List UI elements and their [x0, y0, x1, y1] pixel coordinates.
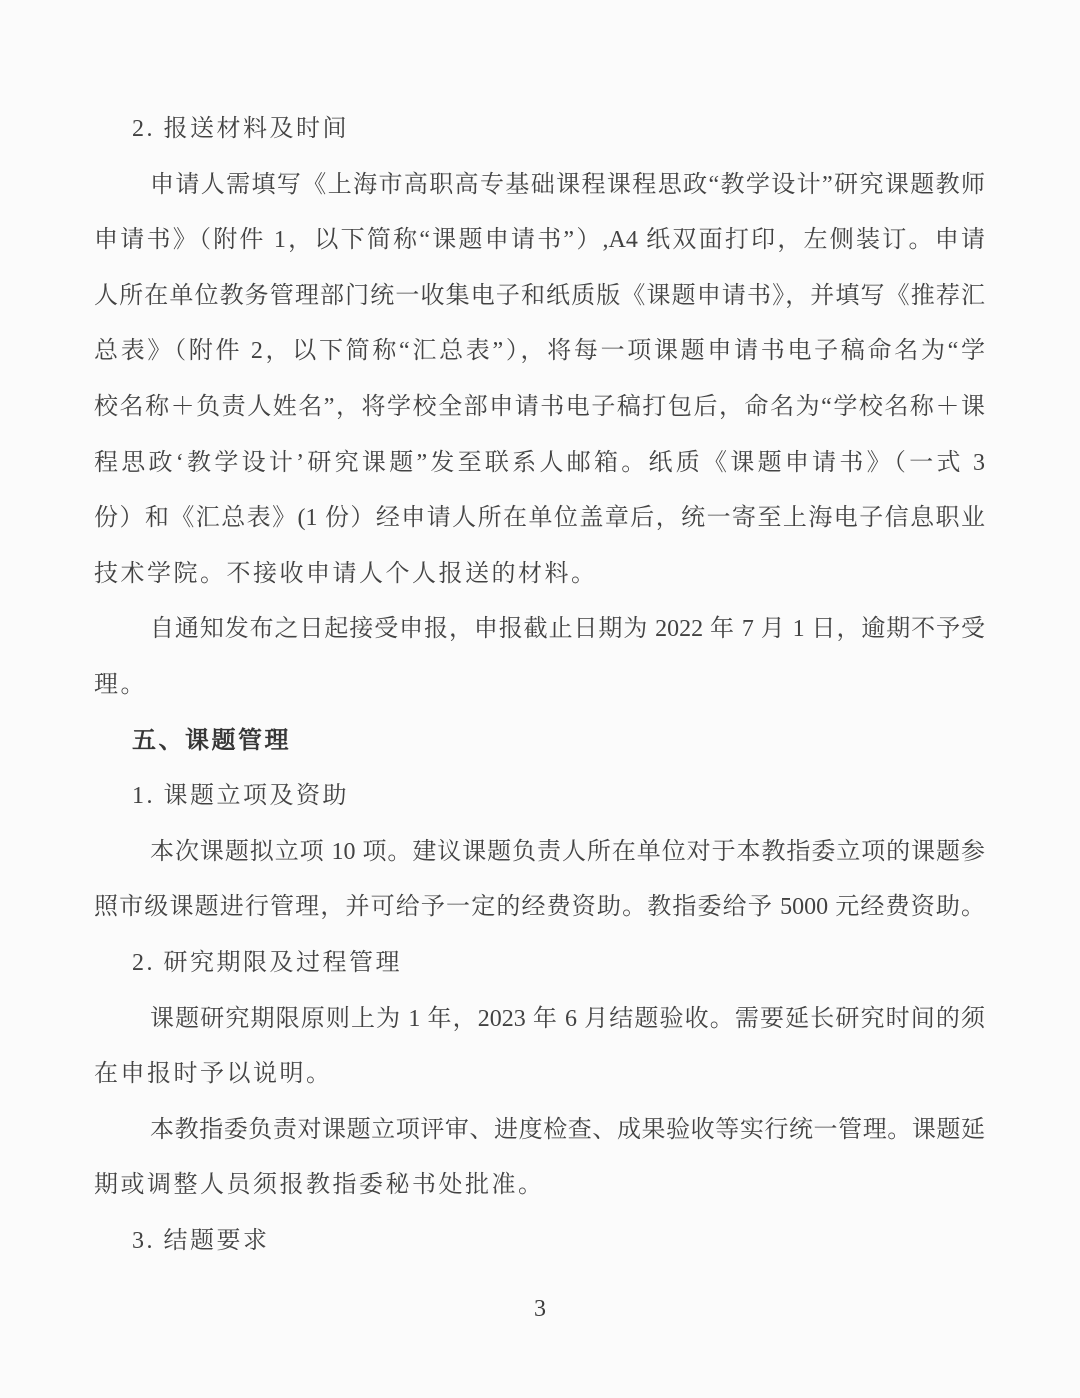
text-line: 校名称＋负责人姓名”，将学校全部申请书电子稿打包后，命名为“学校名称＋课 [94, 380, 985, 436]
text-line: 3. 结题要求 [94, 1214, 985, 1270]
text-line: 份）和《汇总表》(1 份）经申请人所在单位盖章后，统一寄至上海电子信息职业 [94, 491, 985, 547]
text-line: 自通知发布之日起接受申报，申报截止日期为 2022 年 7 月 1 日，逾期不予… [94, 602, 985, 658]
text-line: 申请人需填写《上海市高职高专基础课程课程思政“教学设计”研究课题教师 [94, 158, 985, 214]
text-line: 在申报时予以说明。 [94, 1047, 985, 1103]
text-line: 课题研究期限原则上为 1 年，2023 年 6 月结题验收。需要延长研究时间的须 [94, 992, 985, 1048]
text-line: 理。 [94, 658, 985, 714]
text-line: 本次课题拟立项 10 项。建议课题负责人所在单位对于本教指委立项的课题参 [94, 825, 985, 881]
text-line: 本教指委负责对课题立项评审、进度检查、成果验收等实行统一管理。课题延 [94, 1103, 985, 1159]
text-line: 2. 研究期限及过程管理 [94, 936, 985, 992]
text-line: 五、课题管理 [94, 714, 985, 770]
text-line: 1. 课题立项及资助 [94, 769, 985, 825]
page-number: 3 [0, 1293, 1080, 1325]
document-text-block: 2. 报送材料及时间申请人需填写《上海市高职高专基础课程课程思政“教学设计”研究… [94, 102, 985, 1269]
text-line: 期或调整人员须报教指委秘书处批准。 [94, 1158, 985, 1214]
text-line: 程思政‘教学设计’研究课题”发至联系人邮箱。纸质《课题申请书》（一式 3 [94, 436, 985, 492]
text-line: 申请书》（附件 1，以下简称“课题申请书”）,A4 纸双面打印，左侧装订。申请 [94, 213, 985, 269]
text-line: 技术学院。不接收申请人个人报送的材料。 [94, 547, 985, 603]
text-line: 总表》（附件 2，以下简称“汇总表”），将每一项课题申请书电子稿命名为“学 [94, 324, 985, 380]
document-page: 2. 报送材料及时间申请人需填写《上海市高职高专基础课程课程思政“教学设计”研究… [0, 0, 1080, 1398]
text-line: 照市级课题进行管理，并可给予一定的经费资助。教指委给予 5000 元经费资助。 [94, 880, 985, 936]
text-line: 人所在单位教务管理部门统一收集电子和纸质版《课题申请书》，并填写《推荐汇 [94, 269, 985, 325]
text-line: 2. 报送材料及时间 [94, 102, 985, 158]
